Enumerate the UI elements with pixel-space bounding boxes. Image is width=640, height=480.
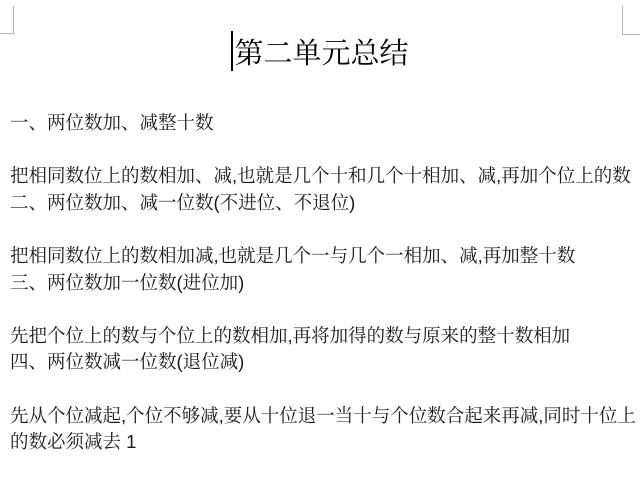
margin-crop-mark-top-left <box>13 6 14 33</box>
section-heading-2[interactable]: 二、两位数加、减一位数(不进位、不退位) <box>10 190 636 217</box>
explanation-1[interactable]: 把相同数位上的数相加、减,也就是几个十和几个十相加、减,再加个位上的数 <box>10 163 636 190</box>
margin-crop-mark-top-right <box>622 34 640 35</box>
explanation-4-line-1[interactable]: 先从个位减起,个位不够减,要从十位退一当十与个位数合起来再减,同时十位上 <box>10 403 636 430</box>
explanation-2[interactable]: 把相同数位上的数相加减,也就是几个一与几个一相加、减,再加整十数 <box>10 243 636 270</box>
blank-line[interactable] <box>10 296 636 323</box>
blank-line[interactable] <box>10 216 636 243</box>
margin-crop-mark-top-left <box>0 33 14 34</box>
document-body[interactable]: 一、两位数加、减整十数 把相同数位上的数相加、减,也就是几个十和几个十相加、减,… <box>0 110 640 456</box>
document-title[interactable]: 第二单元总结 <box>234 36 408 70</box>
document-page[interactable]: 第二单元总结 一、两位数加、减整十数 把相同数位上的数相加、减,也就是几个十和几… <box>0 0 640 480</box>
section-heading-1[interactable]: 一、两位数加、减整十数 <box>10 110 636 137</box>
blank-line[interactable] <box>10 376 636 403</box>
explanation-3[interactable]: 先把个位上的数与个位上的数相加,再将加得的数与原来的整十数相加 <box>10 323 636 350</box>
section-heading-3[interactable]: 三、两位数加一位数(进位加) <box>10 270 636 297</box>
margin-crop-mark-top-right <box>622 6 623 34</box>
explanation-4-line-2[interactable]: 的数必须减去 1 <box>10 429 636 456</box>
section-heading-4[interactable]: 四、两位数减一位数(退位减) <box>10 349 636 376</box>
document-title-row[interactable]: 第二单元总结 <box>0 30 640 76</box>
blank-line[interactable] <box>10 137 636 164</box>
